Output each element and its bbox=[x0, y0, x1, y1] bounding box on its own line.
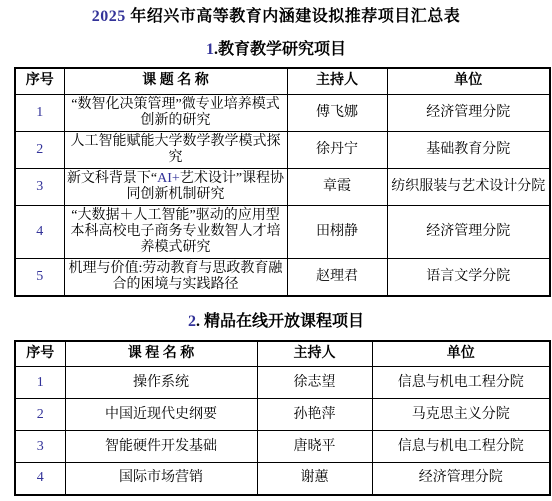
project-name-cell: 人工智能赋能大学数学教学模式探究 bbox=[64, 131, 287, 168]
table-row: 1操作系统徐志望信息与机电工程分院 bbox=[15, 367, 550, 399]
table-row: 2中国近现代史纲要孙艳萍马克思主义分院 bbox=[15, 399, 550, 431]
row-number-cell: 2 bbox=[15, 131, 64, 168]
column-header: 单位 bbox=[372, 341, 550, 367]
row-number-cell: 4 bbox=[15, 463, 65, 495]
table-row: 4国际市场营销谢蕙经济管理分院 bbox=[15, 463, 550, 495]
column-header: 主持人 bbox=[257, 341, 372, 367]
column-header: 课 程 名 称 bbox=[65, 341, 257, 367]
table-row: 2人工智能赋能大学数学教学模式探究徐丹宁基础教育分院 bbox=[15, 131, 550, 168]
project-name-cell: 机理与价值:劳动教育与思政教育融合的困境与实践路径 bbox=[64, 258, 287, 296]
column-header: 主持人 bbox=[287, 68, 387, 94]
header-row: 序号课 题 名 称主持人单位 bbox=[15, 68, 550, 94]
teaching-research-projects-table: 序号课 题 名 称主持人单位1“数智化决策管理”微专业培养模式创新的研究傅飞娜经… bbox=[14, 67, 551, 297]
column-header: 课 题 名 称 bbox=[64, 68, 287, 94]
table-row: 3智能硬件开发基础唐晓平信息与机电工程分院 bbox=[15, 431, 550, 463]
header-row: 序号课 程 名 称主持人单位 bbox=[15, 341, 550, 367]
leader-cell: 徐志望 bbox=[257, 367, 372, 399]
leader-cell: 徐丹宁 bbox=[287, 131, 387, 168]
row-number-cell: 1 bbox=[15, 367, 65, 399]
project-name-cell: 智能硬件开发基础 bbox=[65, 431, 257, 463]
row-number-cell: 3 bbox=[15, 431, 65, 463]
project-name-cell: “大数据＋人工智能”驱动的应用型本科高校电子商务专业数智人才培养模式研究 bbox=[64, 205, 287, 258]
row-number-cell: 5 bbox=[15, 258, 64, 296]
project-name-cell: 新文科背景下“AI+艺术设计”课程协同创新机制研究 bbox=[64, 168, 287, 205]
section-online-courses: 2. 精品在线开放课程项目 序号课 程 名 称主持人单位1操作系统徐志望信息与机… bbox=[0, 312, 552, 496]
project-name-cell: 中国近现代史纲要 bbox=[65, 399, 257, 431]
unit-cell: 信息与机电工程分院 bbox=[372, 367, 550, 399]
row-number-cell: 3 bbox=[15, 168, 64, 205]
row-number-cell: 4 bbox=[15, 205, 64, 258]
unit-cell: 经济管理分院 bbox=[387, 205, 550, 258]
document-title: 2025 年绍兴市高等教育内涵建设拟推荐项目汇总表 bbox=[0, 0, 552, 28]
column-header: 序号 bbox=[15, 68, 64, 94]
table-row: 5机理与价值:劳动教育与思政教育融合的困境与实践路径赵理君语言文学分院 bbox=[15, 258, 550, 296]
project-name-cell: “数智化决策管理”微专业培养模式创新的研究 bbox=[64, 94, 287, 131]
column-header: 序号 bbox=[15, 341, 65, 367]
leader-cell: 孙艳萍 bbox=[257, 399, 372, 431]
column-header: 单位 bbox=[387, 68, 550, 94]
leader-cell: 唐晓平 bbox=[257, 431, 372, 463]
row-number-cell: 1 bbox=[15, 94, 64, 131]
unit-cell: 信息与机电工程分院 bbox=[372, 431, 550, 463]
leader-cell: 傅飞娜 bbox=[287, 94, 387, 131]
leader-cell: 章霞 bbox=[287, 168, 387, 205]
unit-cell: 经济管理分院 bbox=[372, 463, 550, 495]
table-row: 1“数智化决策管理”微专业培养模式创新的研究傅飞娜经济管理分院 bbox=[15, 94, 550, 131]
section-teaching-research: 1.教育教学研究项目 序号课 题 名 称主持人单位1“数智化决策管理”微专业培养… bbox=[0, 40, 552, 297]
project-name-cell: 操作系统 bbox=[65, 367, 257, 399]
section-2-heading: 2. 精品在线开放课程项目 bbox=[0, 312, 552, 332]
project-name-cell: 国际市场营销 bbox=[65, 463, 257, 495]
unit-cell: 语言文学分院 bbox=[387, 258, 550, 296]
unit-cell: 纺织服装与艺术设计分院 bbox=[387, 168, 550, 205]
leader-cell: 田栩静 bbox=[287, 205, 387, 258]
document-page: 2025 年绍兴市高等教育内涵建设拟推荐项目汇总表 1.教育教学研究项目 序号课… bbox=[0, 0, 552, 501]
leader-cell: 谢蕙 bbox=[257, 463, 372, 495]
section-1-heading: 1.教育教学研究项目 bbox=[0, 40, 552, 60]
leader-cell: 赵理君 bbox=[287, 258, 387, 296]
unit-cell: 经济管理分院 bbox=[387, 94, 550, 131]
unit-cell: 基础教育分院 bbox=[387, 131, 550, 168]
online-course-projects-table: 序号课 程 名 称主持人单位1操作系统徐志望信息与机电工程分院2中国近现代史纲要… bbox=[14, 340, 551, 496]
unit-cell: 马克思主义分院 bbox=[372, 399, 550, 431]
table-row: 3新文科背景下“AI+艺术设计”课程协同创新机制研究章霞纺织服装与艺术设计分院 bbox=[15, 168, 550, 205]
row-number-cell: 2 bbox=[15, 399, 65, 431]
table-row: 4“大数据＋人工智能”驱动的应用型本科高校电子商务专业数智人才培养模式研究田栩静… bbox=[15, 205, 550, 258]
